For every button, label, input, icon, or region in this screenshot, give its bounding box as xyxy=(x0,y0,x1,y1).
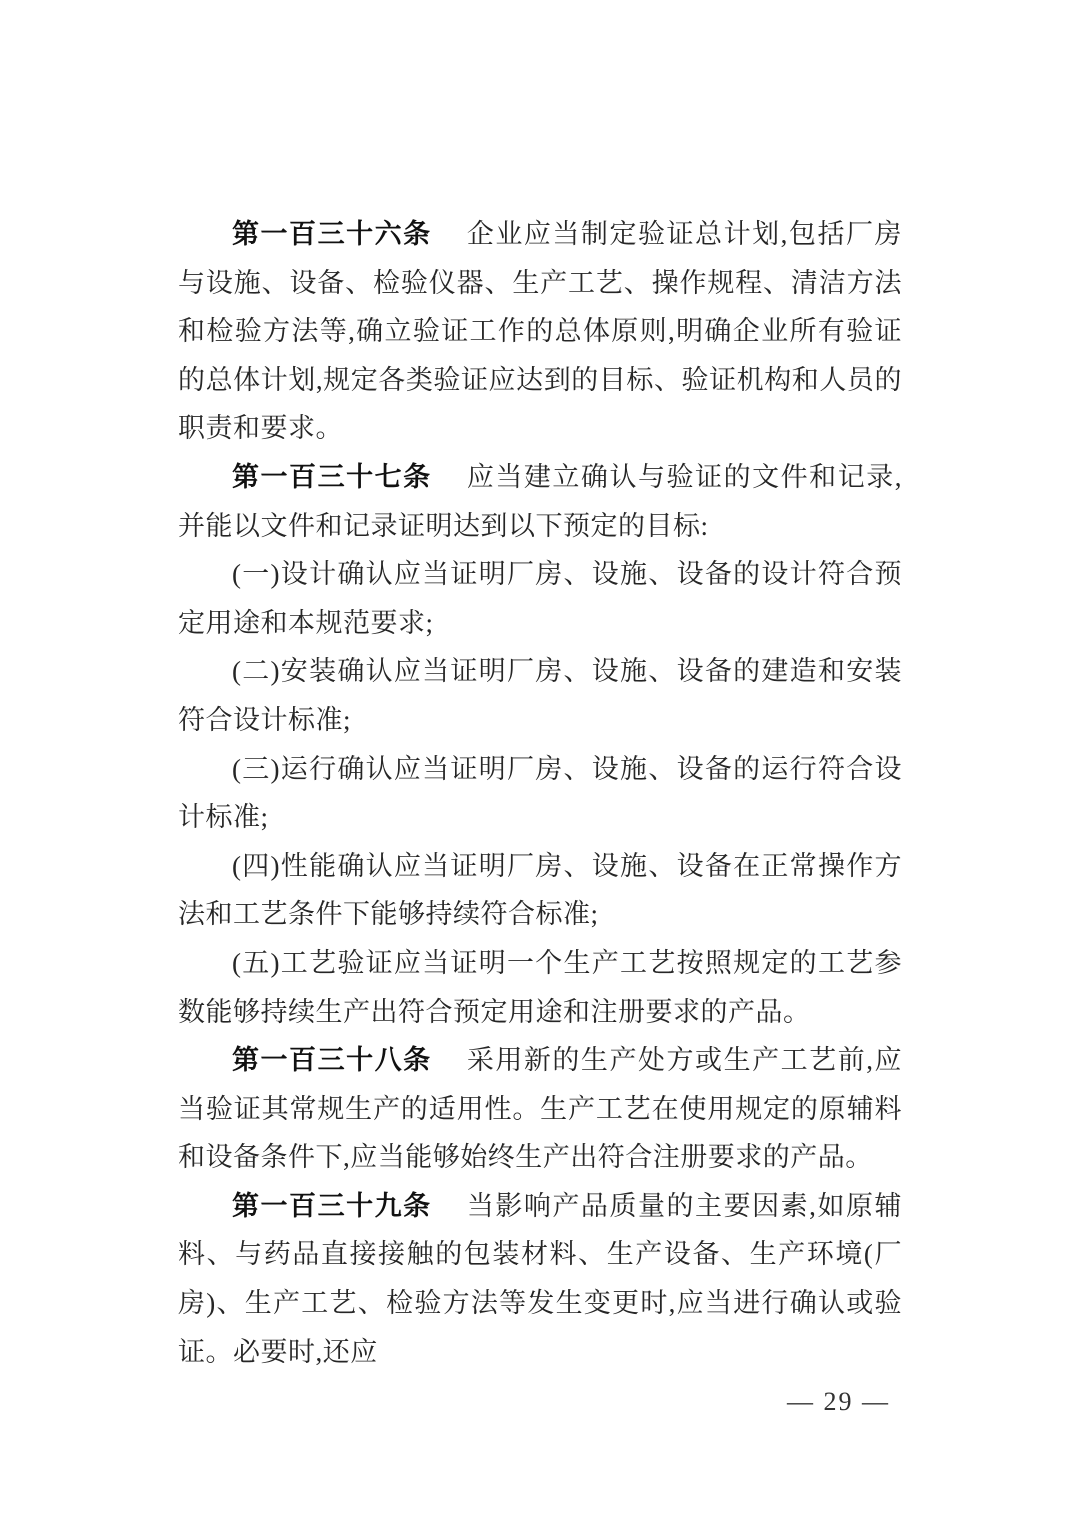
article-text: (五)工艺验证应当证明一个生产工艺按照规定的工艺参数能够持续生产出符合预定用途和… xyxy=(178,948,902,1027)
article-number: 第一百三十八条 xyxy=(232,1045,432,1075)
clause-paragraph: (五)工艺验证应当证明一个生产工艺按照规定的工艺参数能够持续生产出符合预定用途和… xyxy=(178,939,902,1036)
article-paragraph: 第一百三十九条当影响产品质量的主要因素,如原辅料、与药品直接接触的包装材料、生产… xyxy=(178,1182,902,1376)
clause-paragraph: (二)安装确认应当证明厂房、设施、设备的建造和安装符合设计标准; xyxy=(178,647,902,744)
article-paragraph: 第一百三十七条应当建立确认与验证的文件和记录,并能以文件和记录证明达到以下预定的… xyxy=(178,453,902,550)
clause-paragraph: (一)设计确认应当证明厂房、设施、设备的设计符合预定用途和本规范要求; xyxy=(178,550,902,647)
article-paragraph: 第一百三十八条采用新的生产处方或生产工艺前,应当验证其常规生产的适用性。生产工艺… xyxy=(178,1036,902,1182)
article-text: (三)运行确认应当证明厂房、设施、设备的运行符合设计标准; xyxy=(178,754,902,833)
article-text: (四)性能确认应当证明厂房、设施、设备在正常操作方法和工艺条件下能够持续符合标准… xyxy=(178,851,902,930)
page-number: — 29 — xyxy=(178,1378,902,1426)
article-paragraph: 第一百三十六条企业应当制定验证总计划,包括厂房与设施、设备、检验仪器、生产工艺、… xyxy=(178,210,902,453)
article-text: (一)设计确认应当证明厂房、设施、设备的设计符合预定用途和本规范要求; xyxy=(178,559,902,638)
article-text: (二)安装确认应当证明厂房、设施、设备的建造和安装符合设计标准; xyxy=(178,656,902,735)
document-body: 第一百三十六条企业应当制定验证总计划,包括厂房与设施、设备、检验仪器、生产工艺、… xyxy=(178,210,902,1376)
article-number: 第一百三十七条 xyxy=(232,462,432,492)
document-page: 第一百三十六条企业应当制定验证总计划,包括厂房与设施、设备、检验仪器、生产工艺、… xyxy=(0,0,1080,1529)
article-number: 第一百三十六条 xyxy=(232,219,432,249)
article-text: 企业应当制定验证总计划,包括厂房与设施、设备、检验仪器、生产工艺、操作规程、清洁… xyxy=(178,219,902,443)
clause-paragraph: (四)性能确认应当证明厂房、设施、设备在正常操作方法和工艺条件下能够持续符合标准… xyxy=(178,842,902,939)
clause-paragraph: (三)运行确认应当证明厂房、设施、设备的运行符合设计标准; xyxy=(178,745,902,842)
article-number: 第一百三十九条 xyxy=(232,1191,432,1221)
